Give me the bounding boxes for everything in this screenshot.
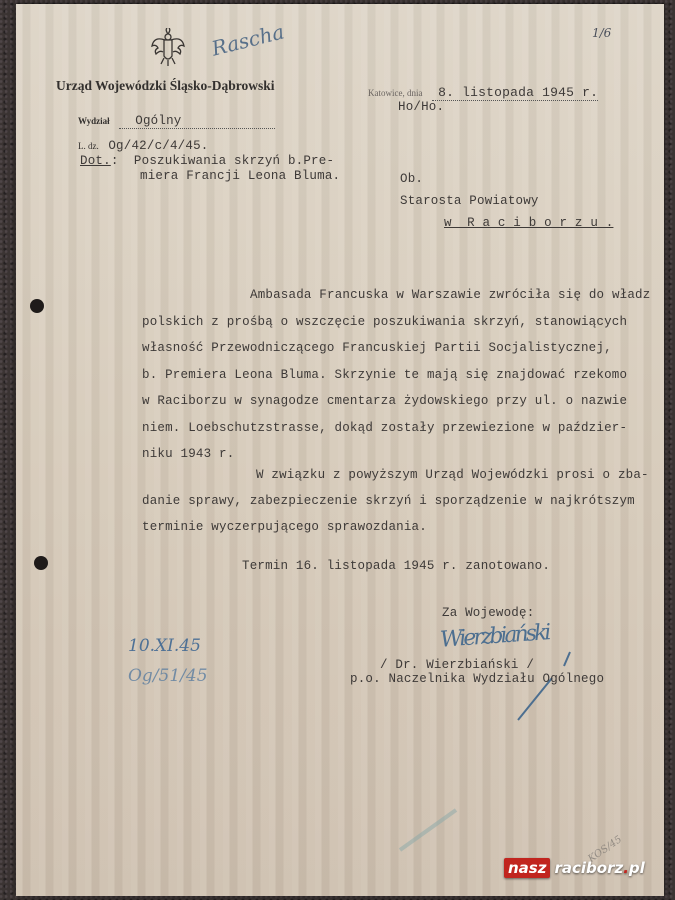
department-value: Ogólny bbox=[119, 114, 275, 129]
subject-line-2: miera Francji Leona Bluma. bbox=[80, 169, 340, 184]
body-line: W związku z powyższym Urząd Wojewódzki p… bbox=[142, 462, 649, 488]
site-watermark-logo: nasz raciborz.pl bbox=[504, 858, 645, 878]
pen-mark-icon bbox=[396, 804, 466, 854]
reference-label: L. dz. bbox=[78, 141, 99, 151]
punch-hole-bottom bbox=[34, 556, 48, 570]
body-line: niem. Loebschutzstrasse, dokąd zostały p… bbox=[142, 415, 650, 442]
body-line: własność Przewodniczącego Francuskiej Pa… bbox=[142, 335, 650, 362]
department-label: Wydział bbox=[78, 116, 110, 126]
subject-line-1: Poszukiwania skrzyń b.Pre- bbox=[134, 154, 334, 168]
recipient-salutation: Ob. bbox=[400, 172, 423, 186]
signature-for: Za Wojewodę: bbox=[442, 606, 534, 620]
body-paragraph-2: W związku z powyższym Urząd Wojewódzki p… bbox=[142, 462, 649, 540]
body-line: polskich z prośbą o wszczęcie poszukiwan… bbox=[142, 309, 650, 336]
signatory-title: p.o. Naczelnika Wydziału Ogólnego bbox=[350, 672, 604, 686]
recipient-title: Starosta Powiatowy bbox=[400, 194, 539, 208]
place-label: Katowice, dnia bbox=[368, 88, 422, 98]
reference-row: L. dz. Og/42/c/4/45. bbox=[78, 136, 208, 154]
place-date-row: Katowice, dnia 8. listopada 1945 r. bbox=[368, 83, 598, 101]
logo-part-white: raciborz.pl bbox=[554, 859, 644, 877]
subject-label: Dot. bbox=[80, 154, 111, 168]
body-line: danie sprawy, zabezpieczenie skrzyń i sp… bbox=[142, 488, 649, 514]
letter-date: 8. listopada 1945 r. bbox=[432, 85, 598, 101]
body-line: Ambasada Francuska w Warszawie zwróciła … bbox=[142, 282, 650, 309]
reference-value: Og/42/c/4/45. bbox=[108, 139, 208, 153]
body-line: b. Premiera Leona Bluma. Skrzynie te maj… bbox=[142, 362, 650, 389]
body-paragraph-1: Ambasada Francuska w Warszawie zwróciła … bbox=[142, 282, 650, 468]
handwritten-date-note: 10.XI.45 bbox=[128, 636, 201, 656]
subject-block: Dot.: Poszukiwania skrzyń b.Pre- miera F… bbox=[80, 154, 340, 184]
initials: Ho/Ho. bbox=[398, 100, 444, 114]
body-line: terminie wyczerpującego sprawozdania. bbox=[142, 514, 649, 540]
department-row: Wydział Ogólny bbox=[78, 111, 275, 129]
punch-hole-top bbox=[30, 299, 44, 313]
document-page: Rascha 1/6 Urząd Wojewódzki Śląsko-Dąbro… bbox=[16, 4, 664, 896]
body-line: w Raciborzu w synagodze cmentarza żydows… bbox=[142, 388, 650, 415]
recipient-location: w R a c i b o r z u . bbox=[444, 216, 613, 230]
handwritten-annotation-top: Rascha bbox=[209, 19, 286, 60]
handwritten-reference-note: Og/51/45 bbox=[128, 666, 208, 686]
polish-eagle-icon bbox=[150, 28, 186, 73]
office-name: Urząd Wojewódzki Śląsko-Dąbrowski bbox=[56, 78, 275, 94]
logo-part-red: nasz bbox=[504, 858, 550, 878]
deadline-line: Termin 16. listopada 1945 r. zanotowano. bbox=[242, 559, 550, 573]
page-mark: 1/6 bbox=[592, 26, 611, 40]
signatory-name: / Dr. Wierzbiański / bbox=[380, 658, 534, 672]
